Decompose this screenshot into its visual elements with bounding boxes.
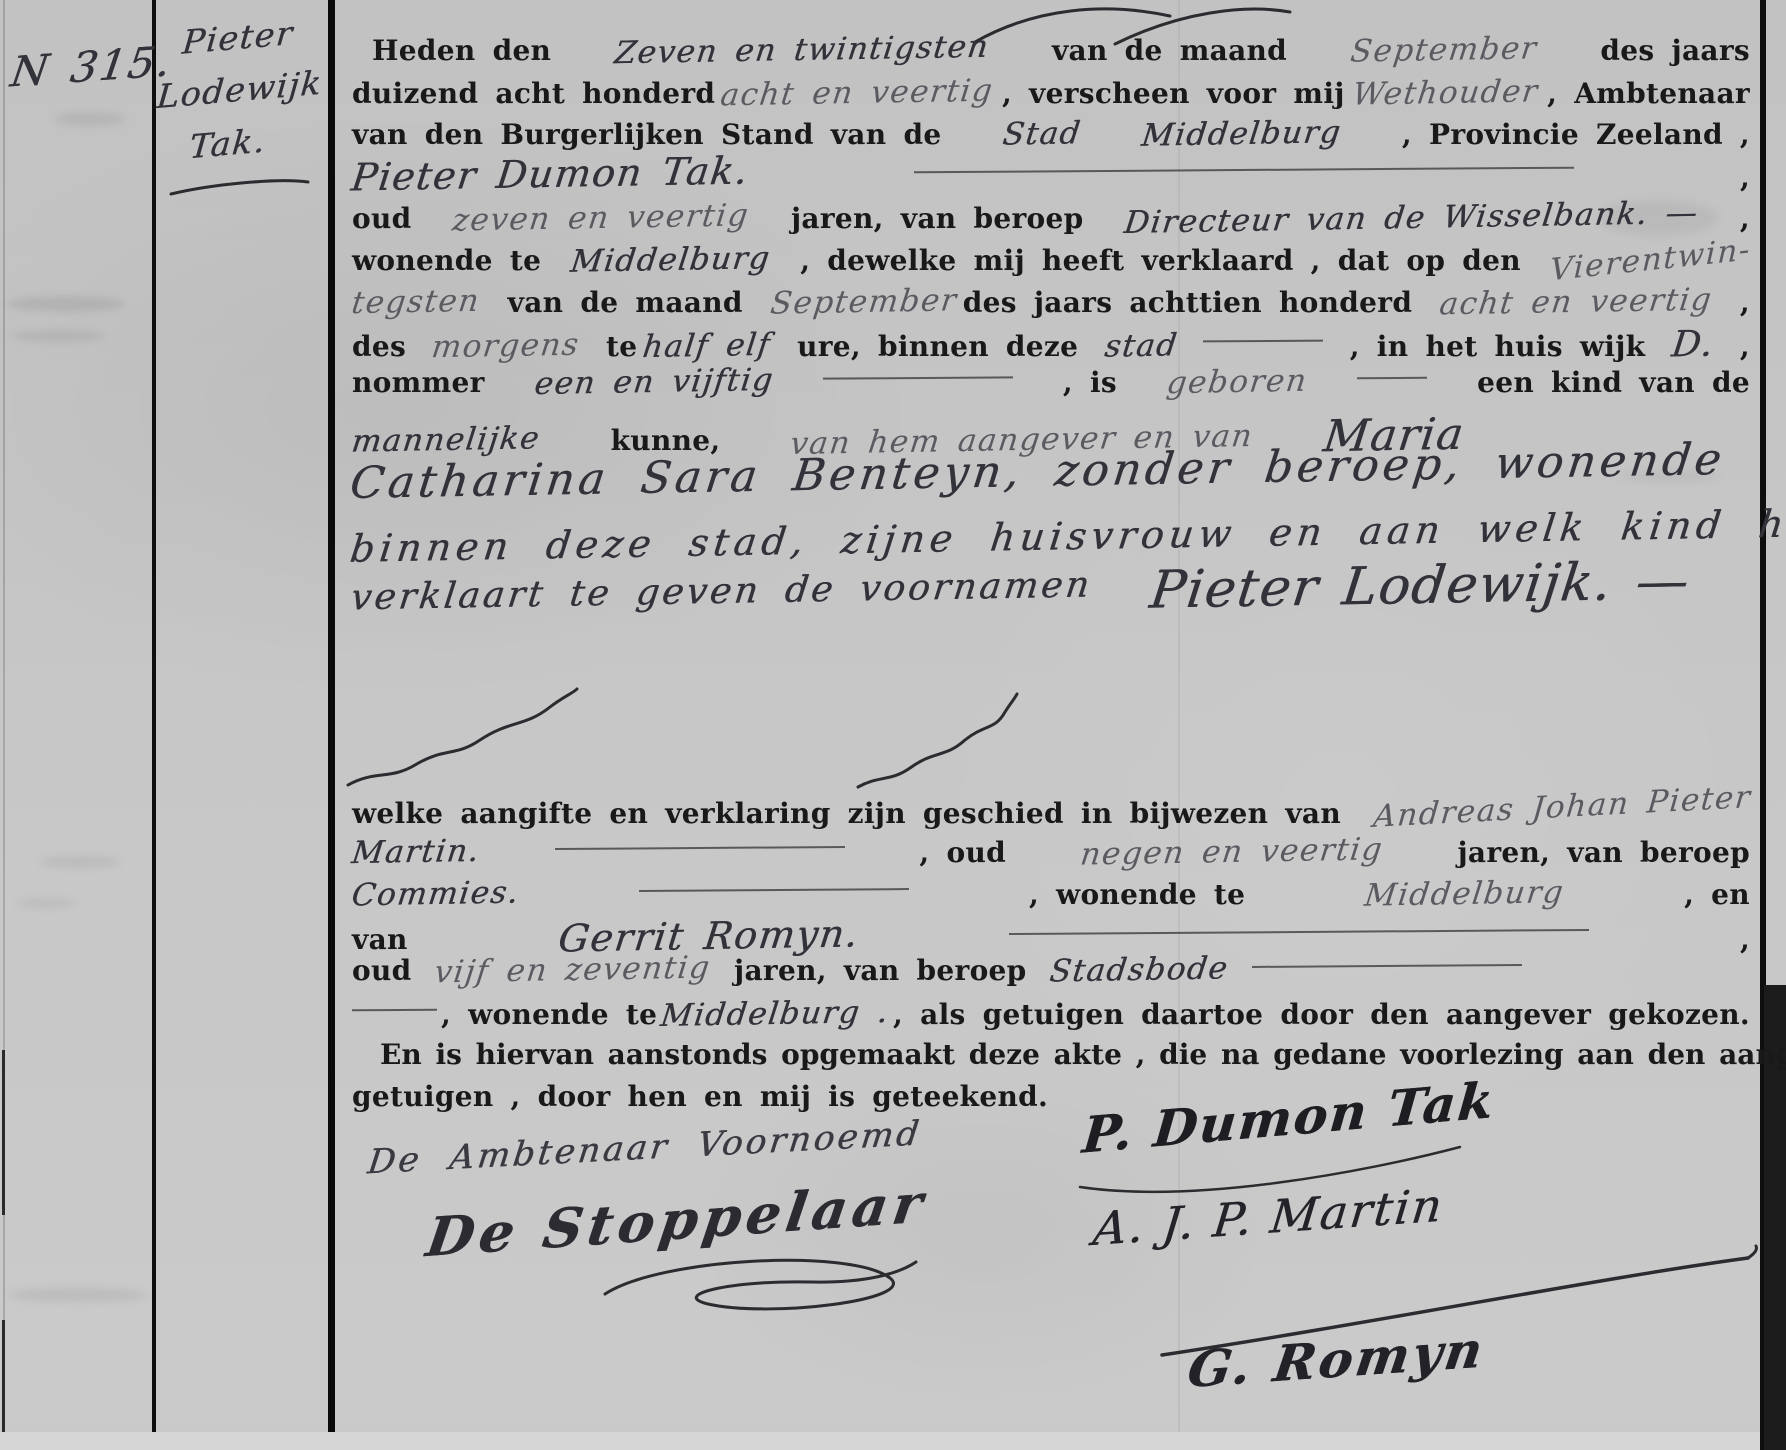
printed-text: , verscheen voor mij xyxy=(1002,77,1345,110)
handwritten-entry: September xyxy=(768,282,959,321)
printed-text: En is hiervan aanstonds opgemaakt deze a… xyxy=(380,1038,1786,1071)
handwritten-entry: half elf xyxy=(641,327,773,365)
left-edge-mark xyxy=(2,1050,5,1215)
official-title-handwritten: De Ambtenaar Voornoemd xyxy=(365,1114,923,1183)
handwritten-entry: tegsten xyxy=(350,283,483,321)
bleed-through-smudge xyxy=(6,296,126,312)
filler-line xyxy=(352,1009,437,1012)
printed-text: , Ambtenaar xyxy=(1547,77,1750,110)
handwritten-entry: Andreas Johan Pieter xyxy=(1372,779,1753,835)
document-page: N 315. Pieter Lodewijk Tak. Heden den Ze… xyxy=(0,0,1786,1450)
printed-text: duizend acht honderd xyxy=(352,77,715,110)
body-line: van den Burgerlijken Stand van de Stad M… xyxy=(352,116,1750,152)
printed-text: , xyxy=(1740,202,1750,235)
printed-text: , en xyxy=(1684,878,1750,911)
body-line: verklaart te geven de voornamen Pieter L… xyxy=(352,556,1689,616)
bleed-through-smudge xyxy=(10,330,106,342)
handwritten-entry: Zeven en twintigsten xyxy=(612,29,991,72)
child-name-line: Tak. xyxy=(188,121,268,166)
handwritten-entry: Martin. xyxy=(350,833,482,871)
handwritten-entry: Middelburg xyxy=(569,240,773,279)
filler-line xyxy=(1203,339,1323,342)
printed-text: , wonende te xyxy=(1029,878,1245,911)
body-line: Commies. , wonende te Middelburg , en xyxy=(352,876,1750,912)
cancellation-squiggle xyxy=(855,690,1020,790)
printed-text: te xyxy=(606,330,637,363)
printed-text: , in het huis wijk xyxy=(1350,330,1646,363)
child-name-line: Lodewijk xyxy=(155,63,324,116)
body-line: tegsten van de maand September des jaars… xyxy=(352,284,1750,320)
filler-line xyxy=(555,846,845,850)
margin-column-rule xyxy=(152,0,156,1450)
bleed-through-smudge xyxy=(55,112,125,126)
handwritten-entry: acht en veertig xyxy=(719,73,996,114)
left-edge-line xyxy=(3,0,5,1450)
printed-text: jaren, van beroep xyxy=(734,954,1027,987)
bleed-through-smudge xyxy=(16,898,76,908)
body-line: En is hiervan aanstonds opgemaakt deze a… xyxy=(380,1038,1786,1071)
printed-text: jaren, van beroep xyxy=(791,202,1084,235)
body-line: welke aangifte en verklaring zijn geschi… xyxy=(352,795,1750,831)
body-line: duizend acht honderd acht en veertig , v… xyxy=(352,75,1750,111)
handwritten-entry: Vierentwin- xyxy=(1549,232,1751,289)
child-name-line: Pieter xyxy=(181,13,296,61)
printed-text: , is xyxy=(1063,366,1117,399)
printed-text: wonende te xyxy=(352,244,541,277)
printed-text: des jaars xyxy=(1600,34,1750,67)
left-edge-mark xyxy=(2,1320,5,1445)
signature-official-flourish xyxy=(590,1252,920,1322)
printed-text: oud xyxy=(352,202,412,235)
printed-text: , xyxy=(1740,330,1750,363)
printed-text: nommer xyxy=(352,366,485,399)
handwritten-entry: stad xyxy=(1102,327,1179,364)
body-line: oud zeven en veertig jaren, van beroep D… xyxy=(352,200,1750,236)
handwritten-entry: morgens xyxy=(430,327,582,366)
printed-text: getuigen , door hen en mij is geteekend. xyxy=(352,1080,1048,1113)
handwritten-entry: Commies. xyxy=(350,875,522,914)
name-column-rule xyxy=(328,0,335,1450)
filler-line xyxy=(914,167,1574,174)
handwritten-entry: negen en veertig xyxy=(1078,831,1385,872)
filler-line xyxy=(1252,964,1522,968)
bottom-scan-strip xyxy=(0,1432,1786,1450)
printed-text: , als getuigen daartoe door den aangever… xyxy=(893,998,1750,1031)
body-line: nommer een en vijftig , is geboren een k… xyxy=(352,364,1750,400)
printed-text: , xyxy=(1740,286,1750,319)
printed-text: , oud xyxy=(919,836,1006,869)
handwritten-entry: Middelburg . xyxy=(659,994,892,1034)
handwritten-entry: Catharina Sara Benteyn, zonder beroep, w… xyxy=(347,434,1728,509)
printed-text: een kind van de xyxy=(1477,366,1750,399)
filler-line xyxy=(1357,377,1427,379)
printed-text: , dewelke mij heeft verklaard , dat op d… xyxy=(800,244,1521,277)
printed-text: , wonende te xyxy=(441,998,657,1031)
cancellation-squiggle xyxy=(345,685,580,790)
handwritten-entry: vijf en zeventig xyxy=(433,950,713,991)
body-line: binnen deze stad, zijne huisvrouw en aan… xyxy=(352,514,1786,558)
handwritten-entry: Stadsbode xyxy=(1048,950,1231,989)
handwritten-entry: Middelburg xyxy=(1139,114,1343,153)
printed-text: jaren, van beroep xyxy=(1457,836,1750,869)
handwritten-entry: September xyxy=(1348,30,1539,69)
handwritten-entry: D. xyxy=(1669,324,1716,366)
printed-text: welke aangifte en verklaring zijn geschi… xyxy=(352,797,1341,830)
printed-text: des jaars achttien honderd xyxy=(963,286,1412,319)
printed-text: van de maand xyxy=(1052,34,1287,67)
handwritten-entry: acht en veertig xyxy=(1438,282,1715,323)
handwritten-entry: een en vijftig xyxy=(532,362,775,402)
printed-text: , xyxy=(1740,161,1750,194)
handwritten-entry: Pieter Dumon Tak. xyxy=(349,149,752,200)
body-line: Heden den Zeven en twintigsten van de ma… xyxy=(372,32,1750,68)
filler-line xyxy=(823,376,1013,379)
printed-text: des xyxy=(352,330,406,363)
name-underline-flourish xyxy=(168,176,313,198)
body-line: oud vijf en zeventig jaren, van beroep S… xyxy=(352,952,1522,988)
printed-text: , xyxy=(1740,923,1750,956)
body-line: wonende te Middelburg , dewelke mij heef… xyxy=(352,242,1750,278)
filler-line xyxy=(1009,929,1589,935)
filler-line xyxy=(639,888,909,892)
printed-text: van de maand xyxy=(508,286,743,319)
handwritten-entry: Pieter Lodewijk. — xyxy=(1147,551,1694,620)
handwritten-entry: Wethouder xyxy=(1351,73,1541,112)
printed-text: van den Burgerlijken Stand van de xyxy=(352,118,941,151)
act-number: N 315. xyxy=(8,37,176,97)
printed-text: Heden den xyxy=(372,34,551,67)
bleed-through-smudge xyxy=(40,856,120,868)
handwritten-entry: Directeur van de Wisselbank. — xyxy=(1122,195,1700,241)
body-line: Catharina Sara Benteyn, zonder beroep, w… xyxy=(352,446,1723,497)
handwritten-entry: Middelburg xyxy=(1363,874,1567,913)
body-line: getuigen , door hen en mij is geteekend. xyxy=(352,1080,1048,1113)
handwritten-entry: verklaart te geven de voornamen xyxy=(349,565,1095,619)
body-line: Martin. , oud negen en veertig jaren, va… xyxy=(352,834,1750,870)
printed-text: oud xyxy=(352,954,412,987)
handwritten-entry: geboren xyxy=(1165,363,1310,401)
body-line: Pieter Dumon Tak. , xyxy=(352,152,1750,196)
body-line: , wonende te Middelburg . , als getuigen… xyxy=(352,996,1750,1032)
bleed-through-smudge xyxy=(8,1288,148,1302)
body-line: des morgens te half elf ure, binnen deze… xyxy=(352,324,1750,365)
printed-text: ure, binnen deze xyxy=(797,330,1078,363)
printed-text: , Provincie Zeeland , xyxy=(1402,118,1750,151)
handwritten-entry: zeven en veertig xyxy=(451,197,752,238)
handwritten-entry: Stad xyxy=(1000,115,1083,152)
